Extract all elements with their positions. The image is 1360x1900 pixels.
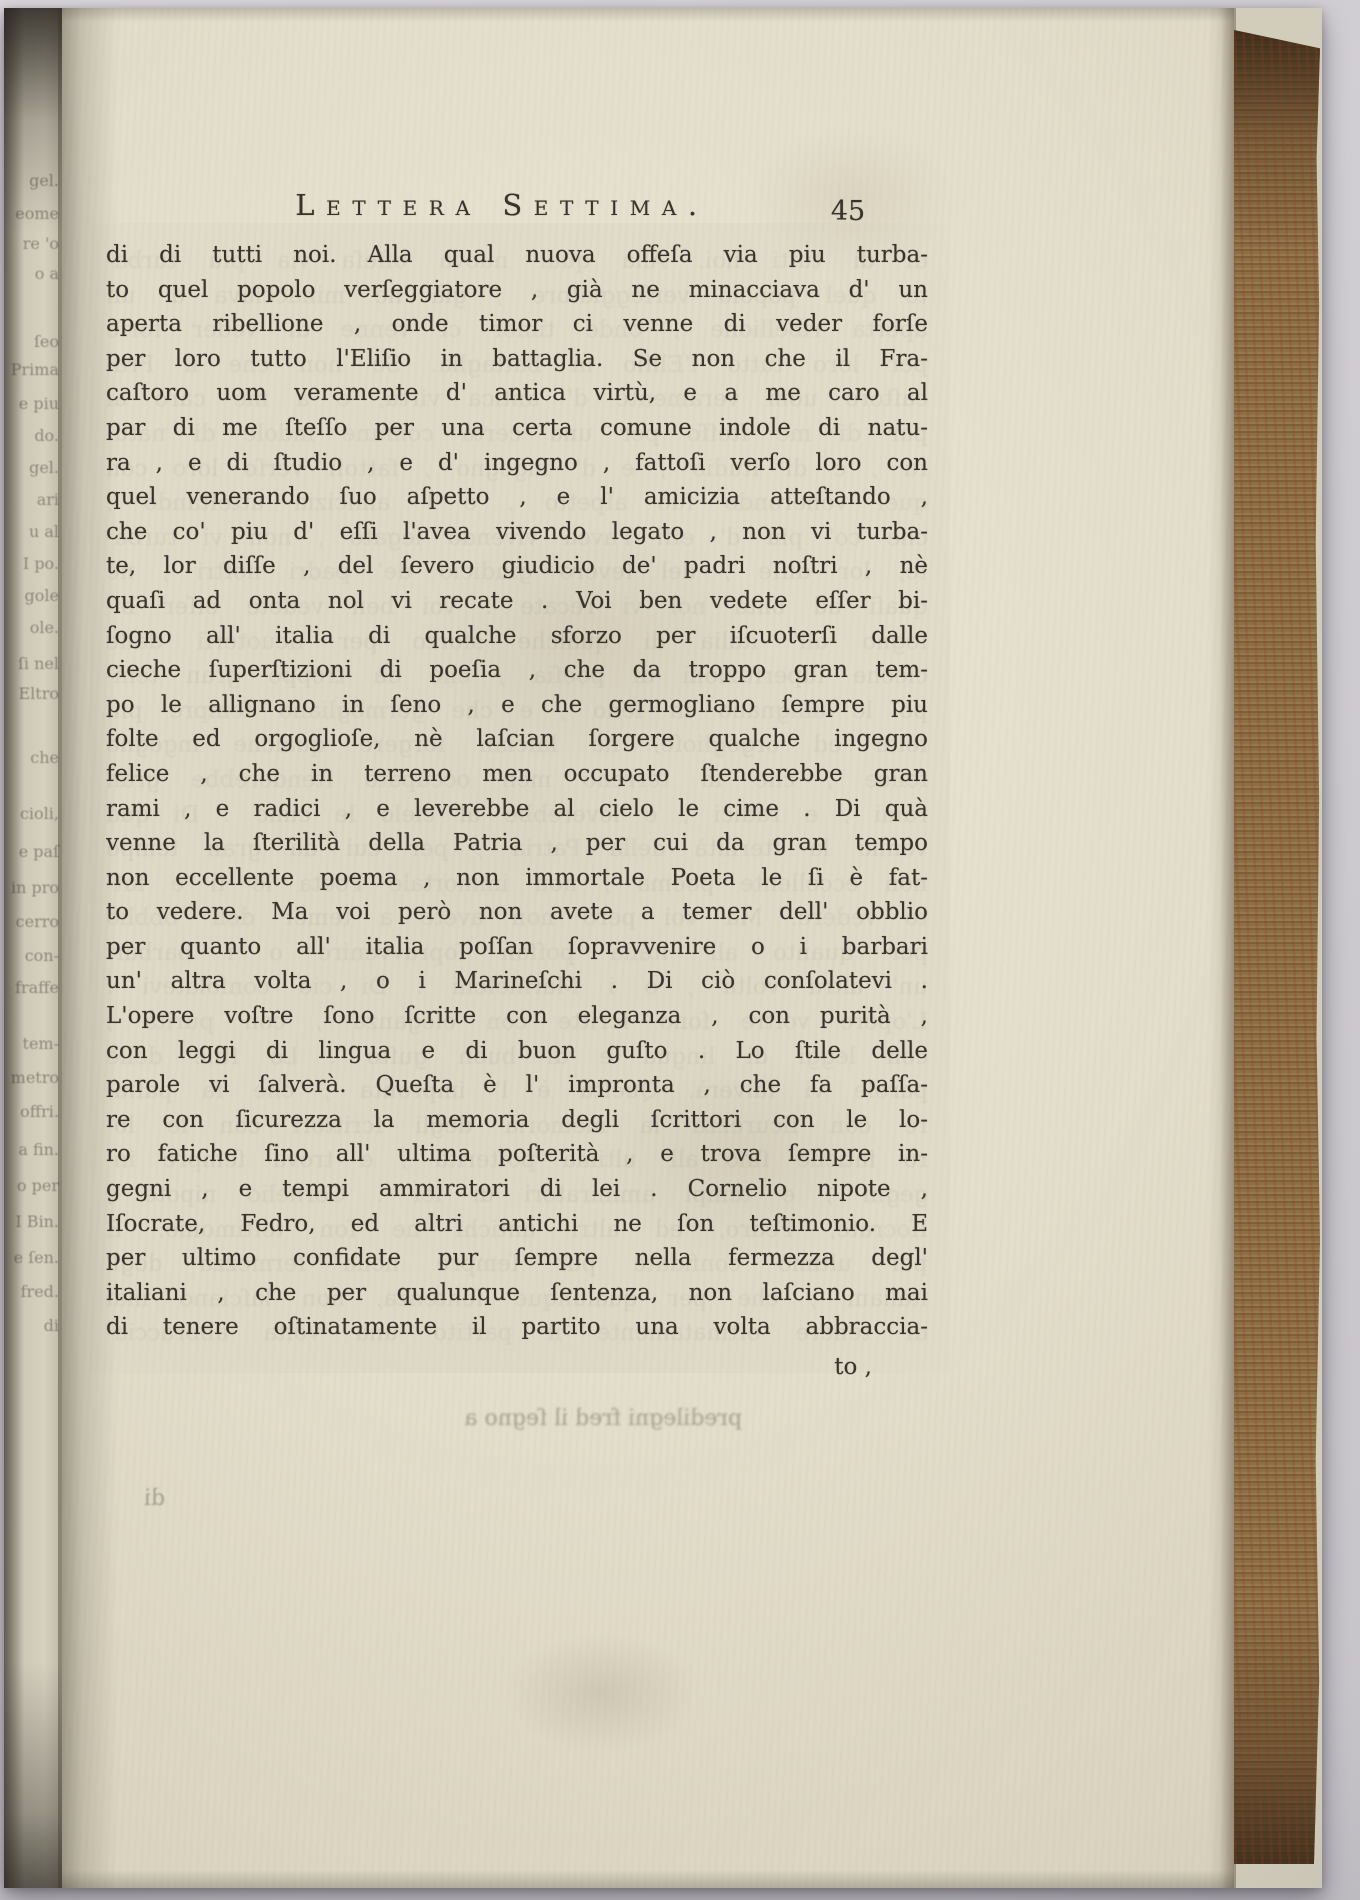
gutter-fragment: e ſen. bbox=[14, 1250, 59, 1266]
facing-page-sliver: gel.eomere 'oo aſeoPrimae piudo.gel.ariu… bbox=[4, 8, 62, 1888]
text-line: con leggi di lingua e di buon guſto . Lo… bbox=[106, 1034, 928, 1069]
body-text: di di tutti noi. Alla qual nuova offeſa … bbox=[106, 238, 928, 1345]
text-line: ro fatiche ſino all' ultima poſterità , … bbox=[106, 1137, 928, 1172]
running-header: Lettera Settima. bbox=[162, 190, 842, 222]
gutter-fragment: fred. bbox=[21, 1284, 59, 1300]
gutter-fragment: con- bbox=[25, 948, 59, 964]
gutter-fragments: gel.eomere 'oo aſeoPrimae piudo.gel.ariu… bbox=[4, 8, 62, 1888]
text-line: quel venerando ſuo aſpetto , e l' amiciz… bbox=[106, 480, 928, 515]
text-line: italiani , che per qualunque ſentenza, n… bbox=[106, 1276, 928, 1311]
gutter-fragment: cioli, bbox=[20, 806, 59, 822]
gutter-fragment: offri. bbox=[20, 1104, 59, 1120]
text-line: po le allignano in ſeno , e che germogli… bbox=[106, 688, 928, 723]
book-fore-edge bbox=[1234, 30, 1320, 1864]
gutter-fragment: gel. bbox=[29, 173, 59, 189]
gutter-fragment: cerro bbox=[16, 914, 59, 930]
paper-stain bbox=[462, 1608, 742, 1778]
gutter-fragment: Prima bbox=[11, 362, 59, 378]
book: gel.eomere 'oo aſeoPrimae piudo.gel.ariu… bbox=[4, 8, 1322, 1888]
gutter-fragment: e piu bbox=[19, 396, 59, 412]
text-line: per loro tutto l'Eliſio in battaglia. Se… bbox=[106, 342, 928, 377]
gutter-fragment: che bbox=[30, 750, 59, 766]
gutter-fragment: eome bbox=[15, 206, 59, 222]
text-line: felice , che in terreno men occupato ſte… bbox=[106, 757, 928, 792]
bleedthrough-word: di bbox=[144, 1486, 165, 1511]
gutter-fragment: in pro bbox=[11, 880, 59, 896]
text-line: L'opere voſtre ſono ſcritte con eleganza… bbox=[106, 999, 928, 1034]
text-line: parole vi ſalverà. Queſta è l' impronta … bbox=[106, 1068, 928, 1103]
gutter-fragment: ole. bbox=[30, 620, 59, 636]
text-line: re con ſicurezza la memoria degli ſcritt… bbox=[106, 1103, 928, 1138]
text-line: par di me ſteſſo per una certa comune in… bbox=[106, 411, 928, 446]
gutter-fragment: fraffe bbox=[15, 980, 59, 996]
text-line: che co' piu d' eſſi l'avea vivendo legat… bbox=[106, 515, 928, 550]
gutter-fragment: o a bbox=[35, 266, 59, 282]
gutter-fragment: e paſ bbox=[19, 844, 59, 860]
text-line: aperta ribellione , onde timor ci venne … bbox=[106, 307, 928, 342]
text-line: per ultimo confidate pur ſempre nella fe… bbox=[106, 1241, 928, 1276]
bleedthrough-line: predilegni fred il ſegno a bbox=[122, 1406, 742, 1431]
gutter-fragment: o per bbox=[17, 1178, 59, 1194]
text-line: rami , e radici , e leverebbe al cielo l… bbox=[106, 792, 928, 827]
text-line: te, lor diſſe , del ſevero giudicio de' … bbox=[106, 549, 928, 584]
gutter-fragment: ari bbox=[37, 492, 59, 508]
gutter-fragment: re 'o bbox=[23, 236, 59, 252]
text-line: ra , e di ſtudio , e d' ingegno , fattoſ… bbox=[106, 446, 928, 481]
text-line: un' altra volta , o i Marineſchi . Di ci… bbox=[106, 964, 928, 999]
text-line: caſtoro uom veramente d' antica virtù, e… bbox=[106, 376, 928, 411]
gutter-fragment: ſeo bbox=[34, 334, 59, 350]
text-line: to vedere. Ma voi però non avete a temer… bbox=[106, 895, 928, 930]
photo-background: gel.eomere 'oo aſeoPrimae piudo.gel.ariu… bbox=[0, 0, 1360, 1900]
gutter-fragment: I Bin. bbox=[15, 1214, 59, 1230]
gutter-fragment: ſi nel bbox=[18, 656, 59, 672]
text-line: gegni , e tempi ammiratori di lei . Corn… bbox=[106, 1172, 928, 1207]
gutter-fragment: tem- bbox=[23, 1036, 59, 1052]
text-line: Iſocrate, Fedro, ed altri antichi ne ſon… bbox=[106, 1207, 928, 1242]
gutter-fragment: u al bbox=[29, 524, 59, 540]
gutter-fragment: Eltro bbox=[18, 686, 59, 702]
text-line: per quanto all' italia poſſan ſopravveni… bbox=[106, 930, 928, 965]
gutter-fragment: a fin. bbox=[18, 1142, 59, 1158]
catchword: to , bbox=[702, 1354, 872, 1380]
text-line: di di tutti noi. Alla qual nuova offeſa … bbox=[106, 238, 928, 273]
gutter-fragment: metro bbox=[11, 1070, 59, 1086]
text-line: to quel popolo verſeggiatore , già ne mi… bbox=[106, 273, 928, 308]
page-number: 45 bbox=[818, 196, 878, 227]
gutter-fragment: di bbox=[44, 1318, 59, 1334]
text-line: ſogno all' italia di qualche sforzo per … bbox=[106, 619, 928, 654]
text-line: quaſi ad onta nol vi recate . Voi ben ve… bbox=[106, 584, 928, 619]
text-line: di tenere oſtinatamente il partito una v… bbox=[106, 1310, 928, 1345]
gutter-fragment: do. bbox=[34, 428, 59, 444]
gutter-fragment: I po. bbox=[23, 556, 59, 572]
scanned-page: di di tutti noi. Alla qual nuova offeſa … bbox=[62, 8, 1234, 1888]
text-line: folte ed orgoglioſe, nè laſcian ſorgere … bbox=[106, 722, 928, 757]
text-line: venne la ſterilità della Patria , per cu… bbox=[106, 826, 928, 861]
gutter-fragment: gole bbox=[25, 588, 59, 604]
gutter-fragment: gel. bbox=[29, 460, 59, 476]
text-line: cieche ſuperſtizioni di poeſia , che da … bbox=[106, 653, 928, 688]
text-line: non eccellente poema , non immortale Poe… bbox=[106, 861, 928, 896]
